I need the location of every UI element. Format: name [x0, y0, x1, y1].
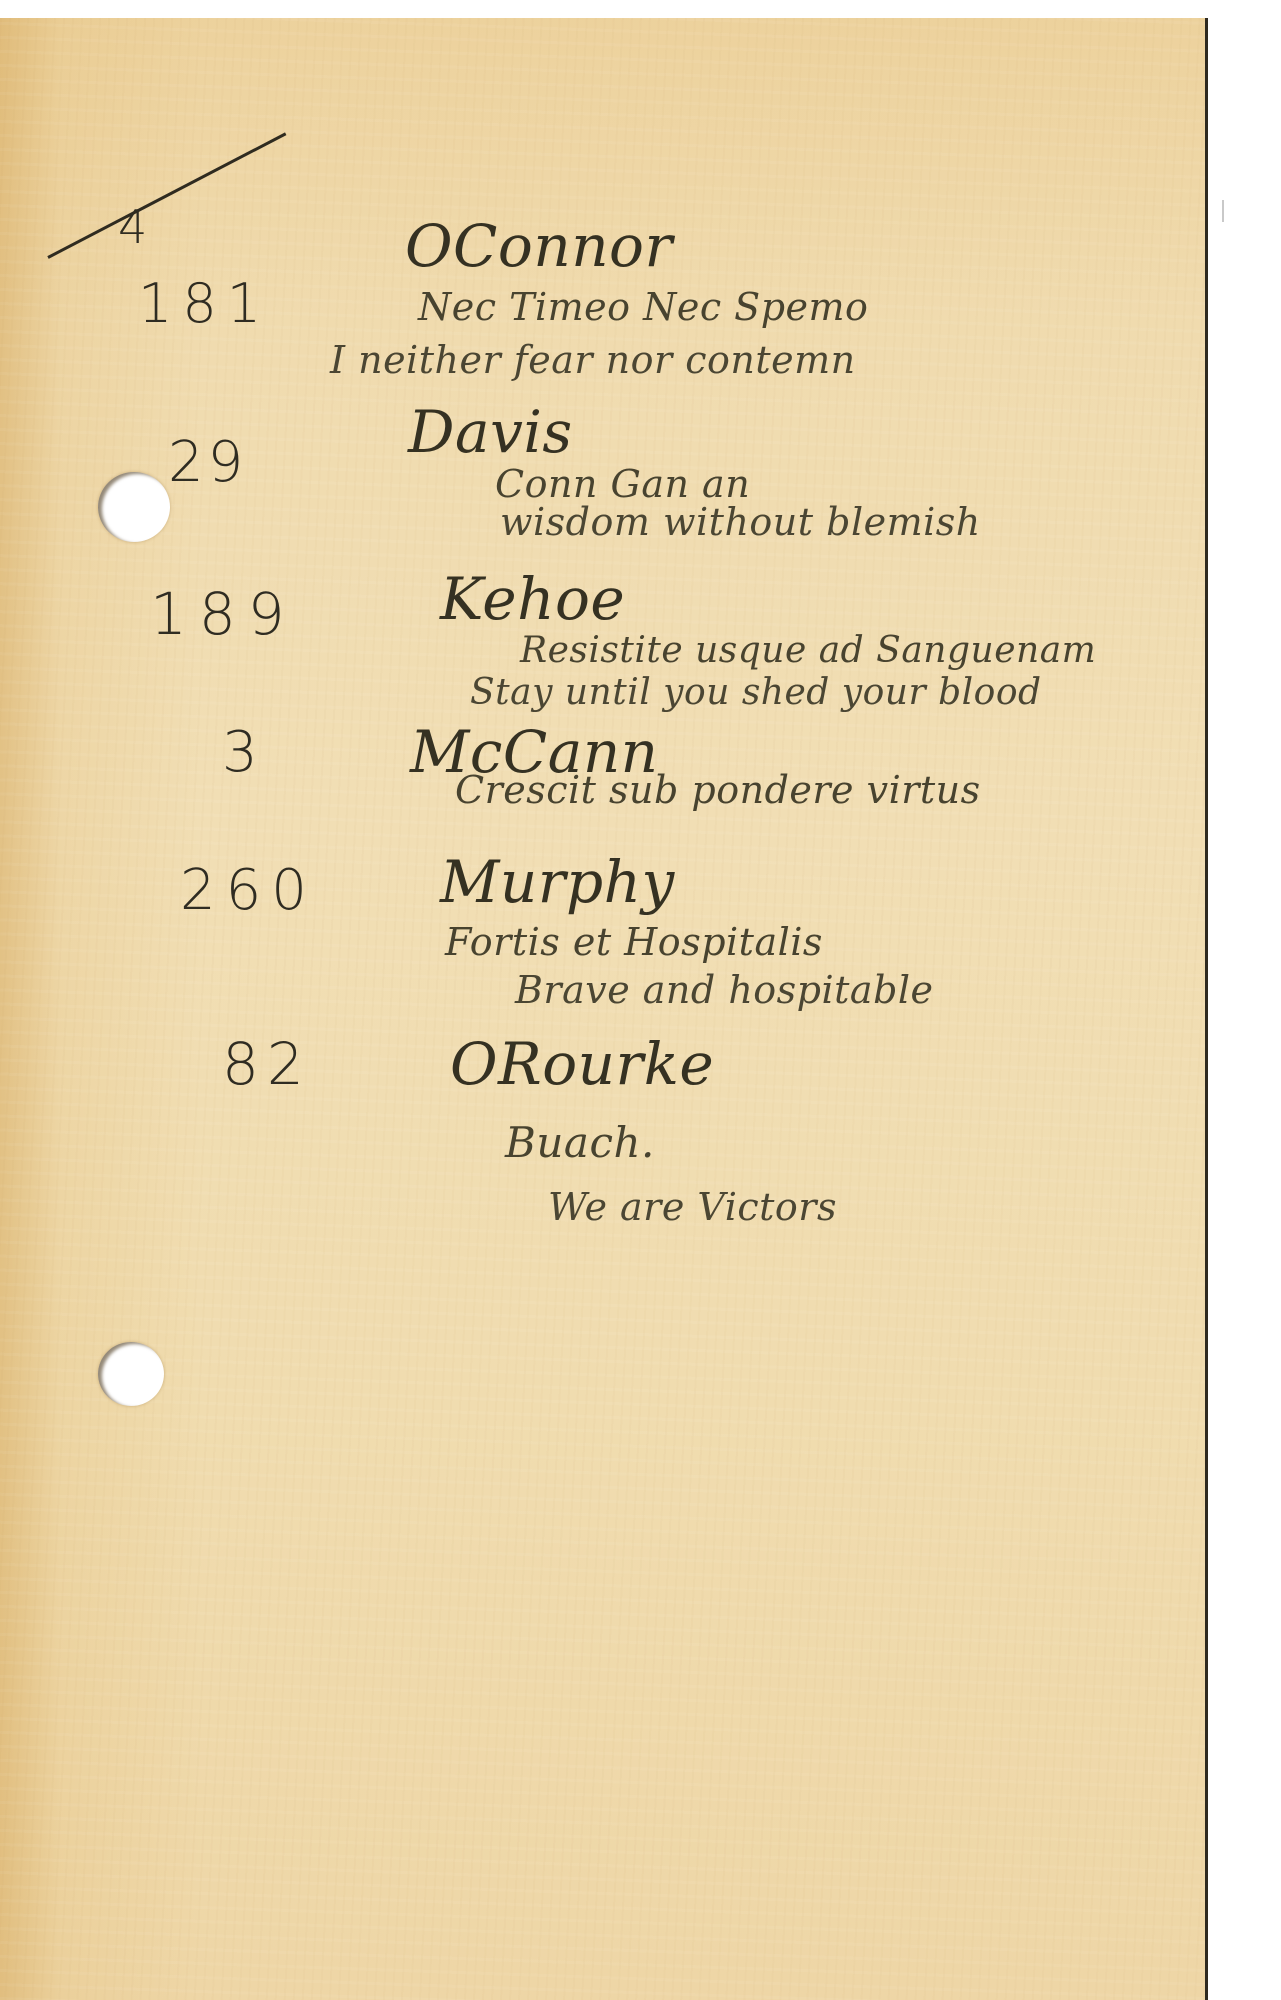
entry-translation: wisdom without blemish: [500, 500, 981, 544]
punch-hole-top: [98, 472, 170, 542]
entry-name: Kehoe: [440, 565, 625, 633]
entry-name: OConnor: [405, 212, 673, 280]
entry-name: Davis: [408, 398, 573, 466]
entry-motto: Resistite usque ad Sanguenam: [520, 630, 1096, 671]
scan-mark: [1222, 200, 1224, 222]
entry-motto: Crescit sub pondere virtus: [455, 768, 981, 812]
entry-number: 29: [168, 430, 247, 495]
punch-hole-bottom: [98, 1342, 164, 1406]
entry-motto: Buach.: [505, 1118, 655, 1167]
entry-name: Murphy: [440, 848, 675, 916]
entry-number: 3: [222, 720, 258, 785]
entry-translation: We are Victors: [548, 1185, 837, 1229]
entry-translation: Brave and hospitable: [515, 968, 934, 1012]
entry-translation: I neither fear nor contemn: [330, 338, 856, 382]
entry-motto: Nec Timeo Nec Spemo: [418, 285, 868, 329]
entry-number: 82: [222, 1030, 312, 1098]
entry-translation: Stay until you shed your blood: [470, 672, 1042, 713]
entry-number: 181: [138, 272, 271, 335]
entry-number: 260: [180, 858, 317, 923]
entry-name: ORourke: [450, 1030, 714, 1098]
entry-number: 189: [150, 580, 297, 648]
entry-motto: Fortis et Hospitalis: [445, 920, 823, 964]
